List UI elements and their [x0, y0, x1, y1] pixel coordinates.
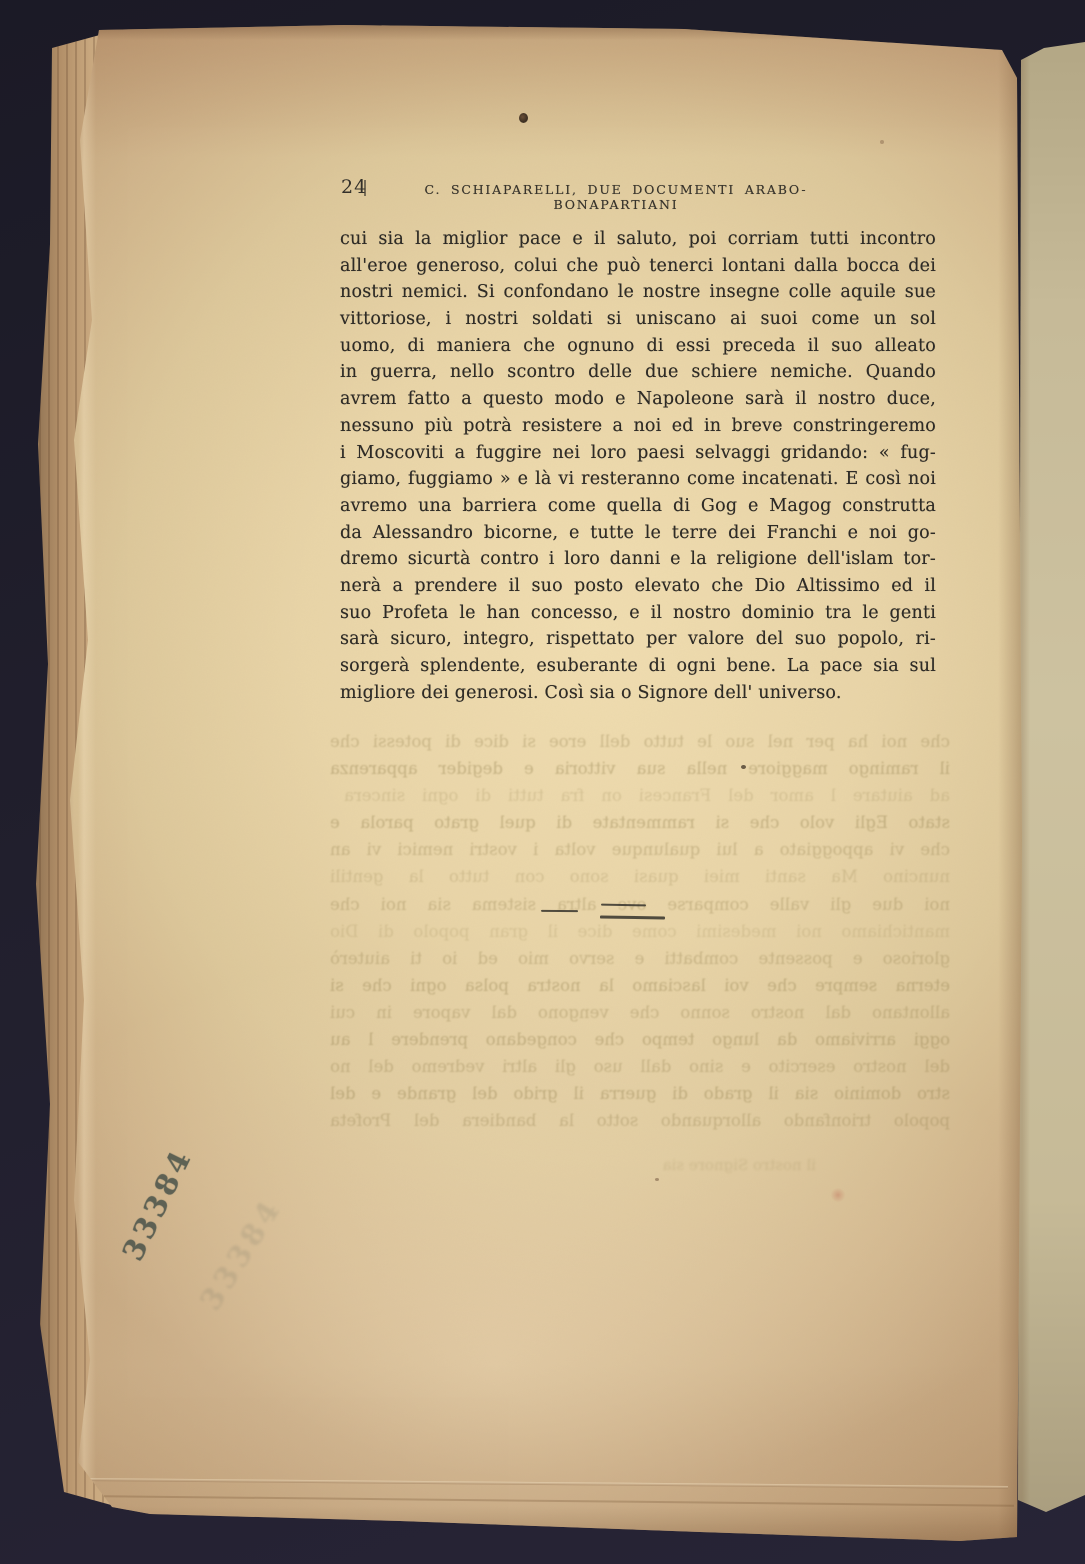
bleedthrough-line: glorioso e possente combatti e servo mio… — [330, 945, 950, 972]
bleedthrough-line: popolo trionfando allorquando sotto la b… — [330, 1107, 950, 1134]
bleedthrough-line: il ramingo maggiore nella sua vittoria e… — [330, 755, 950, 782]
body-text-line: i Moscoviti a fuggire nei loro paesi sel… — [340, 440, 936, 467]
body-text-line: da Alessandro bicorne, e tutte le terre … — [340, 520, 936, 547]
body-text-line: uomo, di maniera che ognuno di essi prec… — [340, 333, 936, 360]
bleedthrough-line: oggi arriviamo da lungo tempo che conged… — [330, 1026, 950, 1053]
ink-speck — [655, 1178, 659, 1181]
section-divider-dash — [541, 910, 578, 912]
book-page: 24 C. SCHIAPARELLI, DUE DOCUMENTI ARABO-… — [44, 20, 1024, 1548]
bleedthrough-line: che vi appoggiato a lui qualunque volta … — [330, 836, 950, 863]
body-text-line: avremo una barriera come quella di Gog e… — [340, 493, 936, 520]
scanned-book-photo: 24 C. SCHIAPARELLI, DUE DOCUMENTI ARABO-… — [0, 0, 1085, 1564]
body-text-line: suo Profeta le han concesso, e il nostro… — [340, 600, 936, 627]
body-text-line: giamo, fuggiamo » e là vi resteranno com… — [340, 466, 936, 493]
paper-speck — [880, 140, 884, 144]
body-text-line: sarà sicuro, integro, rispettato per val… — [340, 626, 936, 653]
bottom-fold-crease — [104, 1495, 1014, 1507]
page-number-bracket-artifact — [364, 180, 366, 196]
body-text-line: vittoriose, i nostri soldati si uniscano… — [340, 306, 936, 333]
body-text-line: sorgerà splendente, esuberante di ogni b… — [340, 653, 936, 680]
body-text-line: all'eroe generoso, colui che può tenerci… — [340, 253, 936, 280]
bleedthrough-line: che noi ha per nel suo le tutto dell ero… — [330, 728, 950, 755]
bleedthrough-line: ad aiutare l amor del Francesi on fra tu… — [344, 782, 950, 809]
library-stamp-ghost-mark: 33384 — [193, 1191, 289, 1316]
bleedthrough-line: nuncino Ma santi miei quasi sono con tut… — [330, 863, 950, 890]
body-text-line: cui sia la miglior pace e il saluto, poi… — [340, 226, 936, 253]
bleedthrough-line: stro dominio sia il grado di guerra il g… — [330, 1080, 950, 1107]
body-text-line: nerà a prendere il suo posto elevato che… — [340, 573, 936, 600]
foxing-stain — [830, 1188, 846, 1202]
library-accession-stamp: 33384 — [115, 1142, 199, 1266]
bottom-fold-crease — [78, 1478, 1008, 1489]
body-text-line: nostri nemici. Si confondano le nostre i… — [340, 279, 936, 306]
body-text-line: migliore dei generosi. Così sia o Signor… — [340, 680, 936, 707]
bleedthrough-footer-line: il nostro Signore sia — [656, 1156, 816, 1174]
body-text: cui sia la miglior pace e il saluto, poi… — [340, 226, 936, 706]
bleedthrough-line: allontano dal nostro sonno che vengono d… — [330, 999, 950, 1026]
facing-page-edge — [1016, 40, 1085, 1525]
bleedthrough-line: eterna sempre che voi lasciamo la nostra… — [330, 972, 950, 999]
body-text-line: in guerra, nello scontro delle due schie… — [340, 359, 936, 386]
bleedthrough-text: che noi ha per nel suo le tutto dell ero… — [330, 728, 950, 1134]
body-text-line: dremo sicurtà contro i loro danni e la r… — [340, 546, 936, 573]
bleedthrough-line: del nostro esercito e sino dall uso gli … — [330, 1053, 950, 1080]
running-header: C. SCHIAPARELLI, DUE DOCUMENTI ARABO-BON… — [396, 182, 836, 212]
body-text-line: nessuno più potrà resistere a noi ed in … — [340, 413, 936, 440]
wormhole-spot — [519, 113, 528, 123]
bleedthrough-line: stato Egli volo che si rammentate di que… — [330, 809, 950, 836]
ink-speck — [741, 765, 746, 769]
bleedthrough-line: mantichiamo noi medesimi come dice il gr… — [330, 918, 950, 945]
body-text-line: avrem fatto a questo modo e Napoleone sa… — [340, 386, 936, 413]
